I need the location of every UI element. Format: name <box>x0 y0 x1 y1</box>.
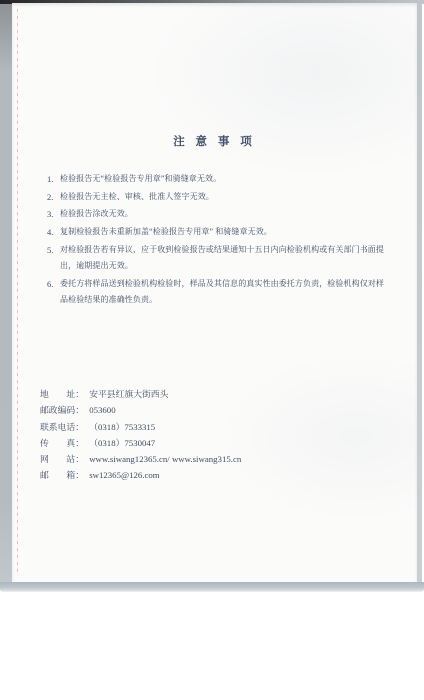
notice-text: 检验报告无“检验报告专用章”和骑缝章无效。 <box>60 171 384 187</box>
contact-label: 网 站： <box>40 451 84 467</box>
contact-value: （0318）7533315 <box>89 419 155 435</box>
notice-number: 2. <box>47 189 60 205</box>
notice-number: 3. <box>47 206 60 222</box>
contact-value: www.siwang12365.cn/ www.siwang315.cn <box>89 451 241 467</box>
contact-block: 地 址： 安平县红旗大街西头 邮政编码： 053600 联系电话： （0318）… <box>40 386 241 484</box>
notice-text: 复制检验报告未重新加盖“检验报告专用章” 和骑缝章无效。 <box>60 224 384 240</box>
notice-page: 注 意 事 项 1. 检验报告无“检验报告专用章”和骑缝章无效。 2. 检验报告… <box>12 3 417 582</box>
notice-text: 对检验报告若有异议，应于收到检验报告或结果通知十五日内向检验机构或有关部门书面提… <box>60 242 384 274</box>
notice-item-1: 1. 检验报告无“检验报告专用章”和骑缝章无效。 <box>47 171 387 187</box>
notice-number: 6. <box>47 276 60 308</box>
contact-row-fax: 传 真： （0318）7530047 <box>40 435 241 451</box>
notice-list: 1. 检验报告无“检验报告专用章”和骑缝章无效。 2. 检验报告无主检、审核、批… <box>47 171 387 310</box>
notice-item-3: 3. 检验报告涂改无效。 <box>47 206 387 222</box>
contact-value: （0318）7530047 <box>89 435 155 451</box>
scan-edge-bottom <box>0 582 424 592</box>
contact-row-website: 网 站： www.siwang12365.cn/ www.siwang315.c… <box>40 451 241 467</box>
contact-label: 地 址： <box>40 386 84 402</box>
notice-number: 4. <box>47 224 60 240</box>
contact-label: 联系电话： <box>40 419 84 435</box>
notice-item-6: 6. 委托方将样品送到检验机构检验时，样品及其信息的真实性由委托方负责，检验机构… <box>47 276 387 308</box>
contact-value: 053600 <box>89 402 115 418</box>
notice-item-2: 2. 检验报告无主检、审核、批准人签字无效。 <box>47 189 387 205</box>
binding-line <box>17 9 18 575</box>
contact-row-postcode: 邮政编码： 053600 <box>40 402 241 418</box>
scanned-document: 注 意 事 项 1. 检验报告无“检验报告专用章”和骑缝章无效。 2. 检验报告… <box>0 0 424 592</box>
notice-text: 检验报告涂改无效。 <box>60 206 384 222</box>
notice-number: 5. <box>47 242 60 274</box>
scan-edge-left <box>0 2 12 590</box>
contact-label: 邮政编码： <box>40 402 84 418</box>
contact-label: 传 真： <box>40 435 84 451</box>
notice-number: 1. <box>47 171 60 187</box>
contact-row-address: 地 址： 安平县红旗大街西头 <box>40 386 241 402</box>
notice-item-4: 4. 复制检验报告未重新加盖“检验报告专用章” 和骑缝章无效。 <box>47 224 387 240</box>
contact-row-email: 邮 箱： sw12365@126.com <box>40 467 241 483</box>
notice-text: 委托方将样品送到检验机构检验时，样品及其信息的真实性由委托方负责，检验机构仅对样… <box>60 276 384 308</box>
scan-edge-right <box>417 3 422 584</box>
notice-item-5: 5. 对检验报告若有异议，应于收到检验报告或结果通知十五日内向检验机构或有关部门… <box>47 242 387 274</box>
page-title: 注 意 事 项 <box>12 133 417 149</box>
contact-value: 安平县红旗大街西头 <box>89 386 168 402</box>
notice-text: 检验报告无主检、审核、批准人签字无效。 <box>60 189 384 205</box>
contact-label: 邮 箱： <box>40 467 84 483</box>
contact-row-phone: 联系电话： （0318）7533315 <box>40 419 241 435</box>
contact-value: sw12365@126.com <box>89 467 159 483</box>
